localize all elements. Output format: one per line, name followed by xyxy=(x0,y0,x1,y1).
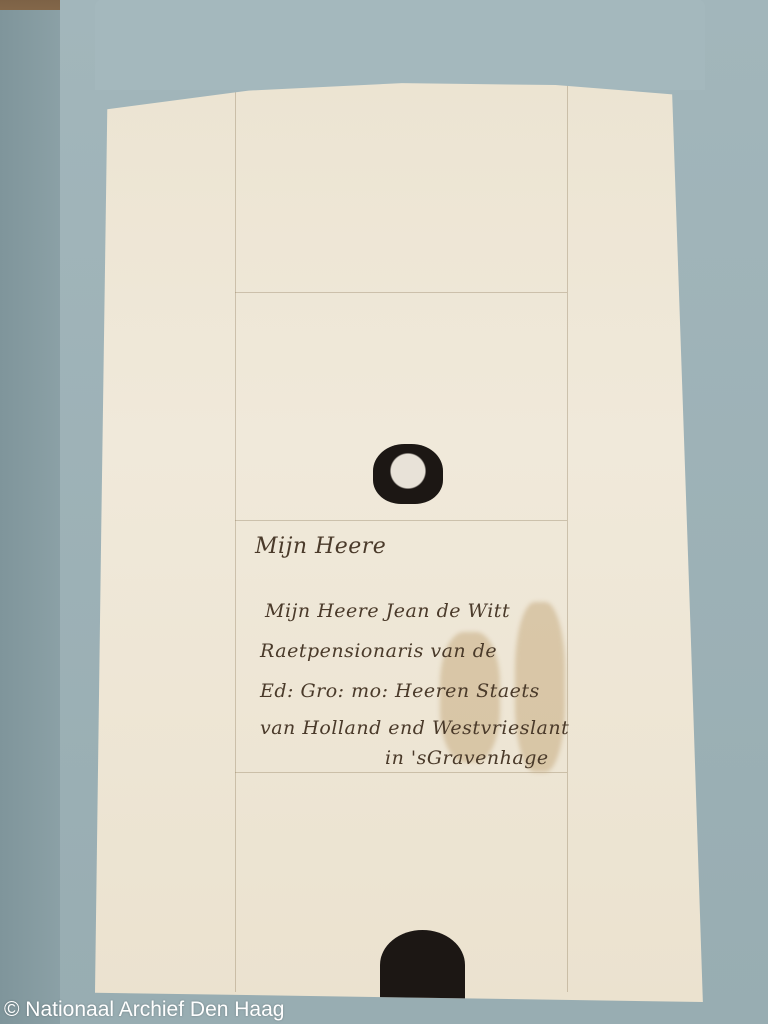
fold-line xyxy=(567,82,568,992)
address-line: Raetpensionaris van de xyxy=(260,640,497,662)
fold-line xyxy=(235,772,567,773)
wax-seal xyxy=(373,444,443,504)
address-line: in 'sGravenhage xyxy=(385,747,549,769)
salutation: Mijn Heere xyxy=(255,534,386,559)
folder-top-flap xyxy=(95,0,705,90)
wax-seal-remnant xyxy=(380,930,465,1000)
fold-line xyxy=(235,292,567,293)
letter-sheet: Mijn Heere Mijn Heere Jean de Witt Raetp… xyxy=(95,72,709,1002)
address-line: Ed: Gro: mo: Heeren Staets xyxy=(260,680,540,702)
address-line: van Holland end Westvrieslant xyxy=(260,717,569,739)
copyright-credit: © Nationaal Archief Den Haag xyxy=(4,998,284,1022)
fold-line xyxy=(235,520,567,521)
fold-line xyxy=(235,82,236,992)
address-line: Mijn Heere Jean de Witt xyxy=(265,600,510,622)
